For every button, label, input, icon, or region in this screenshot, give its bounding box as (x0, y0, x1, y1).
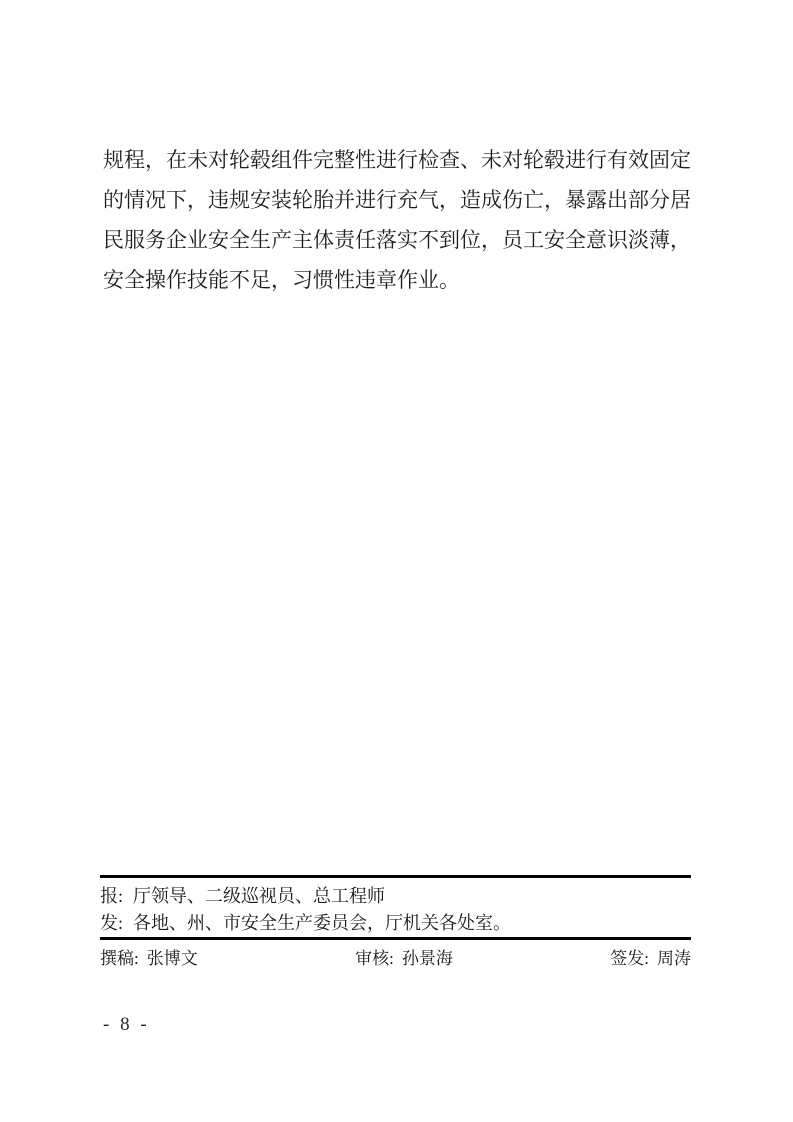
body-line: 规程，在未对轮毂组件完整性进行检查、未对轮毂进行有效固定 (103, 140, 691, 180)
distribution-line: 发:各地、州、市安全生产委员会，厅机关各处室。 (100, 910, 691, 937)
body-line: 民服务企业安全生产主体责任落实不到位，员工安全意识淡薄， (103, 220, 691, 260)
document-footer: 报:厅领导、二级巡视员、总工程师 发:各地、州、市安全生产委员会，厅机关各处室。… (100, 875, 691, 970)
report-label: 报: (100, 886, 123, 906)
drafter-name: 张博文 (147, 949, 198, 968)
reviewer-credit: 审核:孙景海 (355, 948, 453, 970)
distribution-text: 各地、州、市安全生产委员会，厅机关各处室。 (133, 913, 511, 933)
issuer-name: 周涛 (657, 949, 691, 968)
reviewer-name: 孙景海 (402, 949, 453, 968)
issuer-label: 签发: (610, 949, 649, 968)
footer-middle-rule (100, 937, 691, 940)
drafter-label: 撰稿: (100, 949, 139, 968)
issuer-credit: 签发:周涛 (610, 948, 691, 970)
reviewer-label: 审核: (355, 949, 394, 968)
body-line: 的情况下，违规安装轮胎并进行充气，造成伤亡，暴露出部分居 (103, 180, 691, 220)
report-line: 报:厅领导、二级巡视员、总工程师 (100, 883, 691, 910)
drafter-credit: 撰稿:张博文 (100, 948, 198, 970)
document-page: 规程，在未对轮毂组件完整性进行检查、未对轮毂进行有效固定 的情况下，违规安装轮胎… (0, 0, 793, 1122)
credits-row: 撰稿:张博文 审核:孙景海 签发:周涛 (100, 948, 691, 970)
footer-top-rule (100, 875, 691, 878)
body-paragraph: 规程，在未对轮毂组件完整性进行检查、未对轮毂进行有效固定 的情况下，违规安装轮胎… (103, 140, 691, 300)
page-number: - 8 - (103, 1014, 150, 1036)
report-text: 厅领导、二级巡视员、总工程师 (133, 886, 385, 906)
distribution-label: 发: (100, 913, 123, 933)
body-line: 安全操作技能不足，习惯性违章作业。 (103, 260, 691, 300)
